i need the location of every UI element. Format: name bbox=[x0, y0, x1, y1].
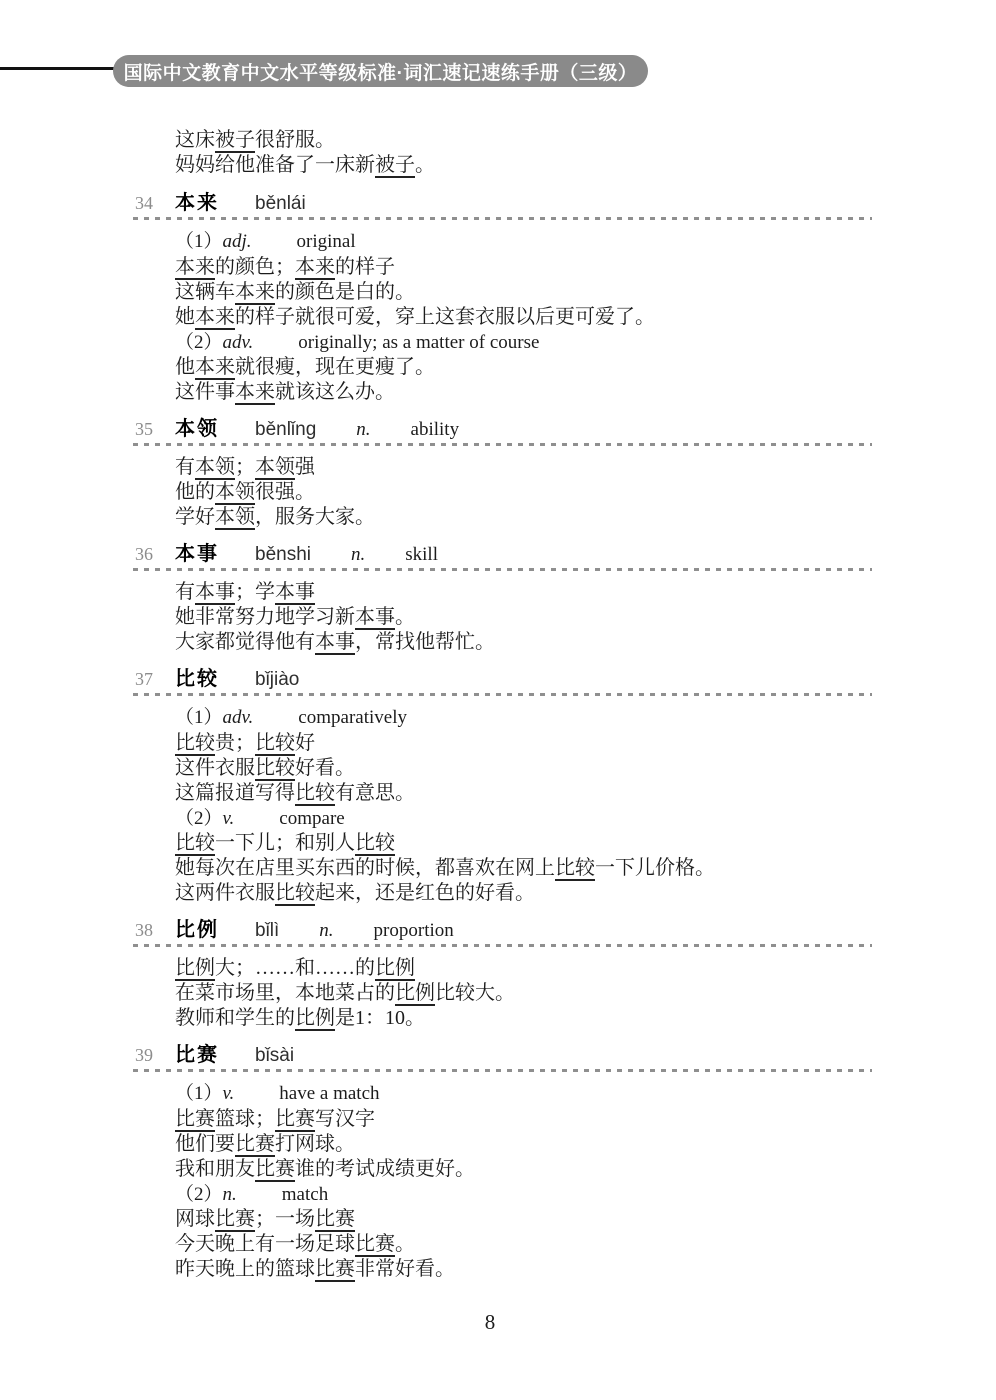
example-line: 这件衣服比较好看。 bbox=[175, 756, 996, 781]
english-meaning: comparatively bbox=[298, 707, 407, 728]
text-run: 昨天晚上的篮球 bbox=[175, 1258, 315, 1280]
sense-line: （1）adv.comparatively bbox=[175, 705, 996, 731]
target-word-underlined: 本领 bbox=[215, 506, 255, 530]
text-run: 教师和学生的 bbox=[175, 1007, 295, 1029]
text-run: 谁的考试成绩更好。 bbox=[295, 1158, 475, 1180]
example-line: 比赛篮球；比赛写汉字 bbox=[175, 1107, 996, 1132]
example-line: 这篇报道写得比较有意思。 bbox=[175, 781, 996, 806]
entry-body: （1）adv.comparatively比较贵；比较好这件衣服比较好看。这篇报道… bbox=[0, 705, 996, 906]
entry-body: （1）adj.original本来的颜色；本来的样子这辆车本来的颜色是白的。她本… bbox=[0, 229, 996, 405]
entry-header: 35本领běnlǐngn.ability bbox=[0, 412, 996, 441]
target-word-underlined: 比例 bbox=[395, 982, 435, 1006]
pinyin: bǐjiào bbox=[255, 669, 299, 691]
target-word-underlined: 比例 bbox=[295, 1007, 335, 1031]
entry-body: 有本领；本领强他的本领很强。学好本领，服务大家。 bbox=[0, 455, 996, 530]
entry-number: 38 bbox=[135, 920, 175, 941]
english-meaning: originally; as a matter of course bbox=[298, 332, 539, 353]
english-meaning: ability bbox=[411, 419, 460, 441]
text-run: 在菜市场里，本地菜占的 bbox=[175, 982, 395, 1004]
entry-number: 35 bbox=[135, 419, 175, 440]
target-word-underlined: 比例 bbox=[175, 957, 215, 981]
sense-number: （2） bbox=[175, 1184, 223, 1205]
part-of-speech: n. bbox=[351, 544, 365, 566]
target-word-underlined: 比较 bbox=[175, 732, 215, 756]
english-meaning: match bbox=[282, 1184, 328, 1205]
text-run: 他 bbox=[175, 356, 195, 378]
example-line: 她每次在店里买东西的时候，都喜欢在网上比较一下儿价格。 bbox=[175, 856, 996, 881]
text-run: 是1：10。 bbox=[335, 1007, 425, 1029]
intro-examples: 这床被子很舒服。妈妈给他准备了一床新被子。 bbox=[0, 128, 996, 178]
text-run: 这件衣服 bbox=[175, 757, 255, 779]
example-line: 昨天晚上的篮球比赛非常好看。 bbox=[175, 1257, 996, 1282]
text-run: 打网球。 bbox=[275, 1133, 355, 1155]
example-line: 她本来的样子就很可爱，穿上这套衣服以后更可爱了。 bbox=[175, 305, 996, 330]
target-word-underlined: 比较 bbox=[555, 857, 595, 881]
example-line: 这辆车本来的颜色是白的。 bbox=[175, 280, 996, 305]
text-run: 强 bbox=[295, 456, 315, 478]
headword: 比例 bbox=[175, 913, 255, 942]
example-line: 他本来就很瘦，现在更瘦了。 bbox=[175, 355, 996, 380]
target-word-underlined: 比较 bbox=[255, 757, 295, 781]
example-line: 比较一下儿；和别人比较 bbox=[175, 831, 996, 856]
target-word-underlined: 比较 bbox=[355, 832, 395, 856]
pinyin: běnshi bbox=[255, 544, 311, 566]
pinyin: běnlái bbox=[255, 193, 306, 215]
book-page: { "header": { "title": "国际中文教育中文水平等级标准·词… bbox=[0, 0, 996, 1400]
entry-header: 38比例bǐlìn.proportion bbox=[0, 913, 996, 942]
text-run: 这篇报道写得 bbox=[175, 782, 295, 804]
text-run: 网球 bbox=[175, 1208, 215, 1230]
text-run: 贵； bbox=[215, 732, 255, 754]
entry-number: 34 bbox=[135, 193, 175, 214]
example-line: 本来的颜色；本来的样子 bbox=[175, 255, 996, 280]
dotted-divider bbox=[133, 693, 872, 696]
dotted-divider bbox=[133, 1069, 872, 1072]
sense-line: （2）n.match bbox=[175, 1182, 996, 1208]
target-word-underlined: 比赛 bbox=[215, 1208, 255, 1232]
page-number: 8 bbox=[0, 1310, 980, 1335]
example-line: 我和朋友比赛谁的考试成绩更好。 bbox=[175, 1157, 996, 1182]
dotted-divider bbox=[133, 217, 872, 220]
target-word-underlined: 本来 bbox=[295, 256, 335, 280]
sense-number: （2） bbox=[175, 332, 223, 353]
example-line: 这两件衣服比较起来，还是红色的好看。 bbox=[175, 881, 996, 906]
part-of-speech: v. bbox=[223, 808, 235, 829]
entry-header: 37比较bǐjiào bbox=[0, 662, 996, 691]
target-word-underlined: 本事 bbox=[275, 581, 315, 605]
text-run: 妈妈给他准备了一床新 bbox=[175, 154, 375, 176]
target-word-underlined: 比例 bbox=[375, 957, 415, 981]
example-line: 教师和学生的比例是1：10。 bbox=[175, 1006, 996, 1031]
example-line: 今天晚上有一场足球比赛。 bbox=[175, 1232, 996, 1257]
example-line: 这床被子很舒服。 bbox=[175, 128, 996, 153]
sense-number: （2） bbox=[175, 808, 223, 829]
headword: 本事 bbox=[175, 537, 255, 566]
english-meaning: original bbox=[297, 231, 356, 252]
sense-number: （1） bbox=[175, 707, 223, 728]
target-word-underlined: 本领 bbox=[255, 456, 295, 480]
dotted-divider bbox=[133, 944, 872, 947]
target-word-underlined: 本领 bbox=[215, 481, 255, 505]
text-run: 有意思。 bbox=[335, 782, 415, 804]
part-of-speech: n. bbox=[223, 1184, 237, 1205]
text-run: 学好 bbox=[175, 506, 215, 528]
text-run: 就很瘦，现在更瘦了。 bbox=[235, 356, 435, 378]
text-run: 有 bbox=[175, 456, 195, 478]
example-line: 有本领；本领强 bbox=[175, 455, 996, 480]
target-word-underlined: 本事 bbox=[355, 606, 395, 630]
text-run: 写汉字 bbox=[315, 1108, 375, 1130]
text-run: 一下儿价格。 bbox=[595, 857, 715, 879]
text-run: 的颜色； bbox=[215, 256, 295, 278]
target-word-underlined: 比赛 bbox=[355, 1233, 395, 1257]
example-line: 他的本领很强。 bbox=[175, 480, 996, 505]
headword: 本来 bbox=[175, 186, 255, 215]
part-of-speech: v. bbox=[223, 1083, 235, 1104]
running-head: 国际中文教育中文水平等级标准·词汇速记速练手册（三级） bbox=[113, 55, 648, 87]
part-of-speech: adv. bbox=[223, 707, 254, 728]
target-word-underlined: 比较 bbox=[295, 782, 335, 806]
target-word-underlined: 比赛 bbox=[275, 1108, 315, 1132]
entry-body: 比例大；……和……的比例在菜市场里，本地菜占的比例比较大。教师和学生的比例是1：… bbox=[0, 956, 996, 1031]
text-run: 这床 bbox=[175, 129, 215, 151]
text-run: 篮球； bbox=[215, 1108, 275, 1130]
example-line: 有本事；学本事 bbox=[175, 580, 996, 605]
text-run: 他的 bbox=[175, 481, 215, 503]
text-run: 她非常努力地学习新 bbox=[175, 606, 355, 628]
target-word-underlined: 本来 bbox=[195, 356, 235, 380]
target-word-underlined: 本事 bbox=[195, 581, 235, 605]
text-run: 好看。 bbox=[295, 757, 355, 779]
example-line: 网球比赛；一场比赛 bbox=[175, 1207, 996, 1232]
text-run: 这辆车 bbox=[175, 281, 235, 303]
headword: 比较 bbox=[175, 662, 255, 691]
vocab-entry: 38比例bǐlìn.proportion比例大；……和……的比例在菜市场里，本地… bbox=[0, 913, 996, 1031]
text-run: 就该这么办。 bbox=[275, 381, 395, 403]
text-run: ，服务大家。 bbox=[255, 506, 375, 528]
target-word-underlined: 本来 bbox=[175, 256, 215, 280]
target-word-underlined: 比赛 bbox=[315, 1258, 355, 1282]
vocabulary-entries: 34本来běnlái（1）adj.original本来的颜色；本来的样子这辆车本… bbox=[0, 186, 996, 1282]
example-line: 比例大；……和……的比例 bbox=[175, 956, 996, 981]
entry-header: 36本事běnshin.skill bbox=[0, 537, 996, 566]
text-run: 我和朋友 bbox=[175, 1158, 255, 1180]
target-word-underlined: 本来 bbox=[235, 381, 275, 405]
entry-body: （1）v.have a match比赛篮球；比赛写汉字他们要比赛打网球。我和朋友… bbox=[0, 1081, 996, 1282]
entry-number: 36 bbox=[135, 544, 175, 565]
entry-number: 39 bbox=[135, 1045, 175, 1066]
target-word-underlined: 比较 bbox=[175, 832, 215, 856]
text-run: 她每次在店里买东西的时候，都喜欢在网上 bbox=[175, 857, 555, 879]
text-run: 好 bbox=[295, 732, 315, 754]
headword: 比赛 bbox=[175, 1038, 255, 1067]
sense-line: （1）adj.original bbox=[175, 229, 996, 255]
text-run: 非常好看。 bbox=[355, 1258, 455, 1280]
target-word-underlined: 被子 bbox=[215, 129, 255, 153]
text-run: 一下儿；和别人 bbox=[215, 832, 355, 854]
vocab-entry: 39比赛bǐsài（1）v.have a match比赛篮球；比赛写汉字他们要比… bbox=[0, 1038, 996, 1282]
example-line: 学好本领，服务大家。 bbox=[175, 505, 996, 530]
pinyin: běnlǐng bbox=[255, 419, 316, 441]
text-run: 。 bbox=[415, 154, 435, 176]
pinyin: bǐlì bbox=[255, 920, 279, 942]
text-run: 很强。 bbox=[255, 481, 315, 503]
pinyin: bǐsài bbox=[255, 1045, 294, 1067]
entry-number: 37 bbox=[135, 669, 175, 690]
text-run: 的样子 bbox=[335, 256, 395, 278]
vocab-entry: 37比较bǐjiào（1）adv.comparatively比较贵；比较好这件衣… bbox=[0, 662, 996, 906]
text-run: 他们要 bbox=[175, 1133, 235, 1155]
example-line: 大家都觉得他有本事，常找他帮忙。 bbox=[175, 630, 996, 655]
text-run: ； bbox=[235, 456, 255, 478]
part-of-speech: adv. bbox=[223, 332, 254, 353]
example-line: 她非常努力地学习新本事。 bbox=[175, 605, 996, 630]
entry-body: 有本事；学本事她非常努力地学习新本事。大家都觉得他有本事，常找他帮忙。 bbox=[0, 580, 996, 655]
text-run: 比较大。 bbox=[435, 982, 515, 1004]
text-run: 这两件衣服 bbox=[175, 882, 275, 904]
text-run: 有 bbox=[175, 581, 195, 603]
text-run: 的颜色是白的。 bbox=[275, 281, 415, 303]
text-run: ，常找他帮忙。 bbox=[355, 631, 495, 653]
sense-line: （1）v.have a match bbox=[175, 1081, 996, 1107]
part-of-speech: adj. bbox=[223, 231, 252, 252]
sense-line: （2）adv.originally; as a matter of course bbox=[175, 330, 996, 356]
header-rule bbox=[0, 67, 120, 70]
vocab-entry: 34本来běnlái（1）adj.original本来的颜色；本来的样子这辆车本… bbox=[0, 186, 996, 405]
target-word-underlined: 比赛 bbox=[315, 1208, 355, 1232]
text-run: 很舒服。 bbox=[255, 129, 335, 151]
text-run: ；一场 bbox=[255, 1208, 315, 1230]
example-line: 这件事本来就该这么办。 bbox=[175, 380, 996, 405]
part-of-speech: n. bbox=[356, 419, 370, 441]
text-run: ；学 bbox=[235, 581, 275, 603]
target-word-underlined: 比赛 bbox=[175, 1108, 215, 1132]
page-content: 这床被子很舒服。妈妈给他准备了一床新被子。 34本来běnlái（1）adj.o… bbox=[0, 128, 996, 1282]
text-run: 今天晚上有一场足球 bbox=[175, 1233, 355, 1255]
english-meaning: compare bbox=[279, 808, 344, 829]
sense-number: （1） bbox=[175, 231, 223, 252]
vocab-entry: 35本领běnlǐngn.ability有本领；本领强他的本领很强。学好本领，服… bbox=[0, 412, 996, 530]
text-run: 这件事 bbox=[175, 381, 235, 403]
text-run: 。 bbox=[395, 1233, 415, 1255]
example-line: 妈妈给他准备了一床新被子。 bbox=[175, 153, 996, 178]
dotted-divider bbox=[133, 568, 872, 571]
target-word-underlined: 本来 bbox=[195, 306, 235, 330]
target-word-underlined: 比较 bbox=[275, 882, 315, 906]
dotted-divider bbox=[133, 443, 872, 446]
example-line: 比较贵；比较好 bbox=[175, 731, 996, 756]
vocab-entry: 36本事běnshin.skill有本事；学本事她非常努力地学习新本事。大家都觉… bbox=[0, 537, 996, 655]
part-of-speech: n. bbox=[319, 920, 333, 942]
headword: 本领 bbox=[175, 412, 255, 441]
target-word-underlined: 本领 bbox=[195, 456, 235, 480]
text-run: 的样子就很可爱，穿上这套衣服以后更可爱了。 bbox=[235, 306, 655, 328]
english-meaning: have a match bbox=[279, 1083, 379, 1104]
text-run: 。 bbox=[395, 606, 415, 628]
entry-header: 39比赛bǐsài bbox=[0, 1038, 996, 1067]
sense-number: （1） bbox=[175, 1083, 223, 1104]
target-word-underlined: 比较 bbox=[255, 732, 295, 756]
text-run: 大；……和……的 bbox=[215, 957, 375, 979]
sense-line: （2）v.compare bbox=[175, 806, 996, 832]
english-meaning: proportion bbox=[374, 920, 454, 942]
running-head-title: 国际中文教育中文水平等级标准·词汇速记速练手册（三级） bbox=[124, 58, 638, 85]
text-run: 她 bbox=[175, 306, 195, 328]
example-line: 在菜市场里，本地菜占的比例比较大。 bbox=[175, 981, 996, 1006]
target-word-underlined: 被子 bbox=[375, 154, 415, 178]
text-run: 起来，还是红色的好看。 bbox=[315, 882, 535, 904]
english-meaning: skill bbox=[405, 544, 438, 566]
target-word-underlined: 本事 bbox=[315, 631, 355, 655]
text-run: 大家都觉得他有 bbox=[175, 631, 315, 653]
entry-header: 34本来běnlái bbox=[0, 186, 996, 215]
target-word-underlined: 本来 bbox=[235, 281, 275, 305]
target-word-underlined: 比赛 bbox=[255, 1158, 295, 1182]
example-line: 他们要比赛打网球。 bbox=[175, 1132, 996, 1157]
target-word-underlined: 比赛 bbox=[235, 1133, 275, 1157]
